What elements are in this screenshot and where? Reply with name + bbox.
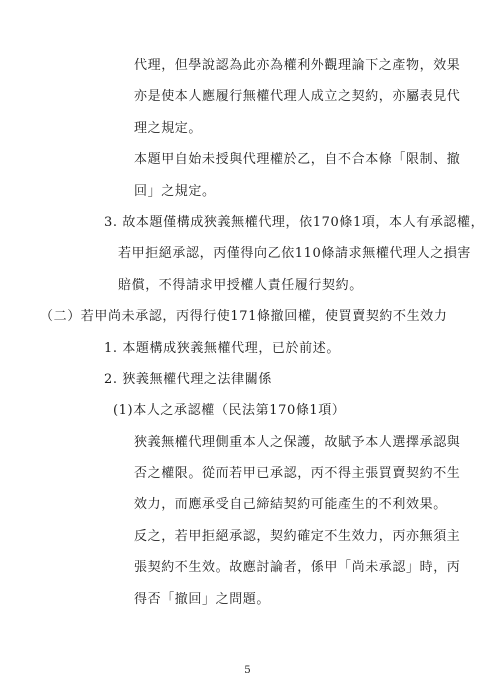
text-line: 反之，若甲拒絕承認，契約確定不生效力，丙亦無須主 [0,521,495,552]
text-line: 亦是使本人應履行無權代理人成立之契約，亦屬表見代 [0,81,495,112]
section-heading-line: （二）若甲尚未承認，丙得行使171條撤回權，使買賣契約不生效力 [0,301,495,332]
text-line: 賠償，不得請求甲授權人責任履行契約。 [0,270,495,301]
page-number: 5 [0,664,495,676]
numbered-item-line: 1. 本題構成狹義無權代理，已於前述。 [0,333,495,364]
text-line: 代理，但學說認為此亦為權利外觀理論下之產物，效果 [0,50,495,81]
text-line: 否之權限。從而若甲已承認，丙不得主張買賣契約不生 [0,458,495,489]
text-line: 理之規定。 [0,113,495,144]
text-line: 效力，而應承受自己締結契約可能產生的不利效果。 [0,489,495,520]
document-page: 代理，但學說認為此亦為權利外觀理論下之產物，效果 亦是使本人應履行無權代理人成立… [0,0,495,700]
numbered-item-line: 2. 狹義無權代理之法律關係 [0,364,495,395]
text-line: 張契約不生效。故應討論者，係甲「尚未承認」時，丙 [0,552,495,583]
text-line: 回」之規定。 [0,176,495,207]
text-line: 狹義無權代理側重本人之保護，故賦予本人選擇承認與 [0,427,495,458]
numbered-item-line: 3. 故本題僅構成狹義無權代理，依170條1項，本人有承認權， [0,207,495,238]
text-line: 若甲拒絕承認，丙僅得向乙依110條請求無權代理人之損害 [0,238,495,269]
text-line: 得否「撤回」之問題。 [0,584,495,615]
sub-item-line: (1)本人之承認權（民法第170條1項） [0,395,495,426]
text-line: 本題甲自始未授與代理權於乙，自不合本條「限制、撤 [0,144,495,175]
